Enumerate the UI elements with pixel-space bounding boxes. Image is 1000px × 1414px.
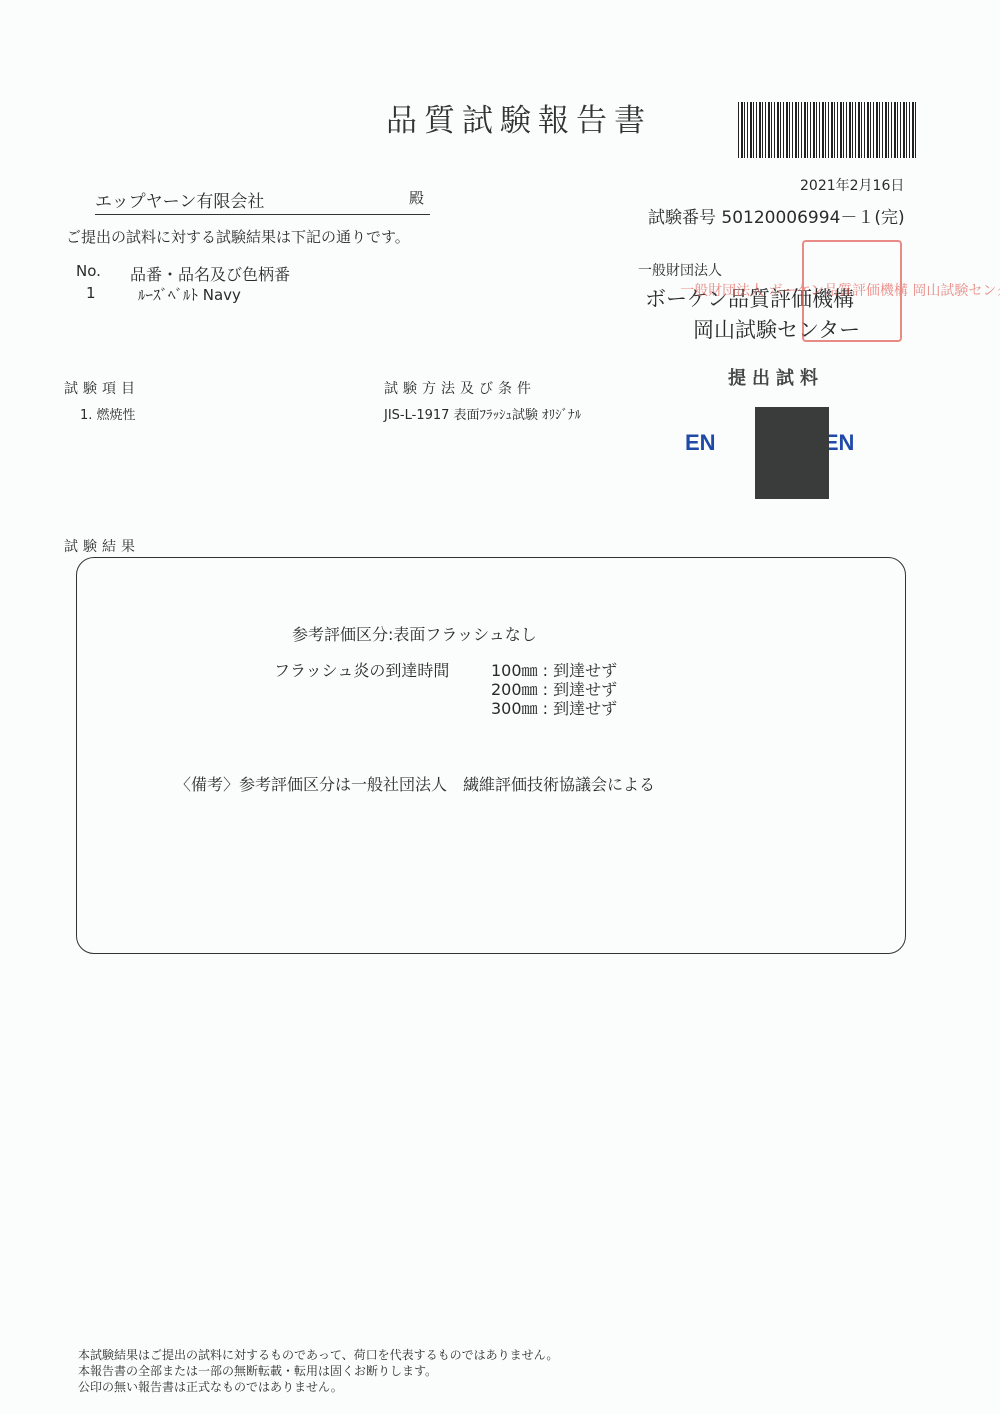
test-number: 試験番号 50120006994－１(完) xyxy=(648,203,905,228)
test-items-heading: 試験項目 xyxy=(64,378,140,398)
flash-label: フラッシュ炎の到達時間 xyxy=(274,658,449,681)
test-number-value: 50120006994－１(完) xyxy=(721,208,904,228)
test-method-value: JIS-L-1917 表面ﾌﾗｯｼｭ試験 ｵﾘｼﾞﾅﾙ xyxy=(384,404,581,423)
test-number-label: 試験番号 xyxy=(648,208,716,228)
flash-row: 300㎜ : 到達せず xyxy=(491,696,617,719)
remark: 〈備考〉参考評価区分は一般社団法人 繊維評価技術協議会による xyxy=(175,772,655,795)
recipient-honorific: 殿 xyxy=(409,187,424,208)
issuer-type: 一般財団法人 xyxy=(638,260,722,280)
recipient: エップヤーン有限会社 殿 xyxy=(95,187,430,215)
footer-note: 本試験結果はご提出の試料に対するものであって、荷口を代表するものではありません。 xyxy=(78,1346,558,1363)
official-seal: 一般財団法人 ボーケン品質評価機構 岡山試験センター xyxy=(802,240,902,342)
footer-note: 公印の無い報告書は正式なものではありません。 xyxy=(78,1378,343,1395)
sample-item: ﾙｰｽﾞﾍﾞﾙﾄ Navy xyxy=(138,284,241,305)
rating: 参考評価区分:表面フラッシュなし xyxy=(292,622,537,645)
recipient-name: エップヤーン有限会社 xyxy=(95,192,264,212)
results-box xyxy=(76,557,906,954)
test-item: 1. 燃焼性 xyxy=(80,404,136,423)
report-date: 2021年2月16日 xyxy=(800,175,904,195)
test-method-heading: 試験方法及び条件 xyxy=(384,378,536,398)
fabric-sample-swatch xyxy=(755,407,829,499)
submitted-sample-heading: 提出試料 xyxy=(728,364,824,390)
report-title: 品質試験報告書 xyxy=(386,95,652,140)
results-heading: 試験結果 xyxy=(64,536,140,556)
intro-text: ご提出の試料に対する試験結果は下記の通りです。 xyxy=(66,226,410,247)
boken-logo-fragment: EN xyxy=(685,430,716,456)
no-header: No. xyxy=(76,262,101,280)
item-header: 品番・品名及び色柄番 xyxy=(130,262,290,285)
barcode xyxy=(738,102,918,158)
sample-no: 1 xyxy=(86,284,96,302)
footer-note: 本報告書の全部または一部の無断転載・転用は固くお断りします。 xyxy=(78,1362,437,1379)
